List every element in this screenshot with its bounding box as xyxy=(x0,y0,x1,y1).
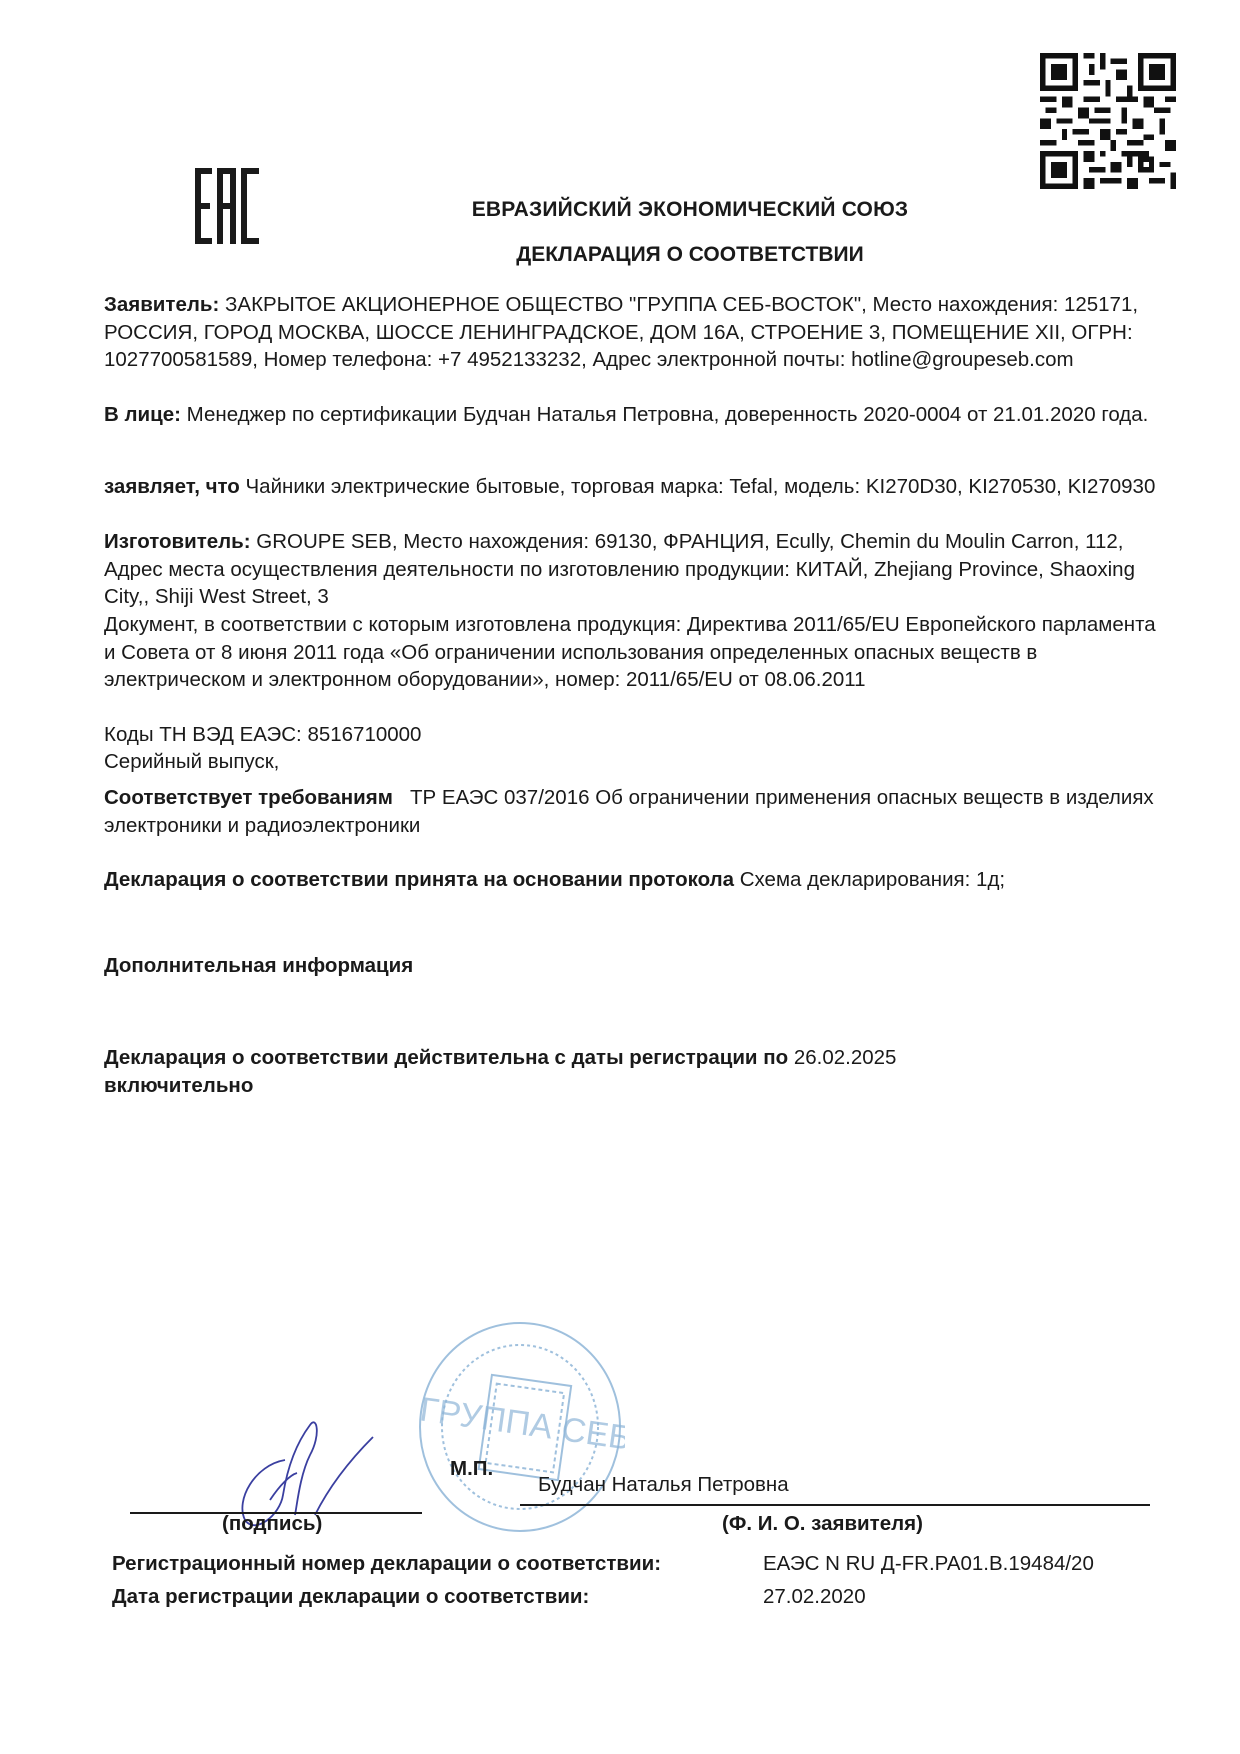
registration-number-label: Регистрационный номер декларации о соотв… xyxy=(112,1552,661,1576)
manufacturer-section: Изготовитель: GROUPE SEB, Место нахожден… xyxy=(104,528,1164,611)
qr-code-icon xyxy=(1040,52,1176,190)
document-basis: Документ, в соответствии с которым изгот… xyxy=(104,611,1164,694)
applicant-section: Заявитель: ЗАКРЫТОЕ АКЦИОНЕРНОЕ ОБЩЕСТВО… xyxy=(104,291,1164,374)
name-line xyxy=(520,1504,1150,1506)
protocol-label: Декларация о соответствии принята на осн… xyxy=(104,868,734,891)
conformity-section: Соответствует требованиям ТР ЕАЭС 037/20… xyxy=(104,784,1164,839)
conformity-label: Соответствует требованиям xyxy=(104,786,393,809)
protocol-text: Схема декларирования: 1д; xyxy=(740,868,1005,891)
document-title: ДЕКЛАРАЦИЯ О СООТВЕТСТВИИ xyxy=(0,243,1240,267)
applicant-full-name: Будчан Наталья Петровна xyxy=(538,1473,789,1497)
declares-label: заявляет, что xyxy=(104,475,240,498)
manufacturer-label: Изготовитель: xyxy=(104,530,251,553)
represented-by-text: Менеджер по сертификации Будчан Наталья … xyxy=(187,403,1149,426)
validity-date: 26.02.2025 xyxy=(794,1046,897,1069)
release-type: Серийный выпуск, xyxy=(104,748,1164,776)
validity-suffix: включительно xyxy=(104,1074,253,1097)
validity-label: Декларация о соответствии действительна … xyxy=(104,1046,788,1069)
additional-info-label: Дополнительная информация xyxy=(104,952,1164,980)
applicant-label: Заявитель: xyxy=(104,293,219,316)
validity-section: Декларация о соответствии действительна … xyxy=(104,1044,1164,1099)
seal-mark: М.П. xyxy=(450,1457,493,1481)
company-stamp-icon: ГРУППА СЕБ xyxy=(415,1320,625,1535)
union-title: ЕВРАЗИЙСКИЙ ЭКОНОМИЧЕСКИЙ СОЮЗ xyxy=(0,198,1240,222)
name-caption: (Ф. И. О. заявителя) xyxy=(722,1512,923,1536)
registration-date-value: 27.02.2020 xyxy=(763,1585,866,1609)
registration-number-value: ЕАЭС N RU Д-FR.PA01.B.19484/20 xyxy=(763,1552,1094,1576)
represented-by-section: В лице: Менеджер по сертификации Будчан … xyxy=(104,401,1164,429)
tn-ved-codes: Коды ТН ВЭД ЕАЭС: 8516710000 xyxy=(104,721,1164,749)
declares-section: заявляет, что Чайники электрические быто… xyxy=(104,473,1164,501)
applicant-text: ЗАКРЫТОЕ АКЦИОНЕРНОЕ ОБЩЕСТВО "ГРУППА СЕ… xyxy=(104,293,1138,371)
registration-date-label: Дата регистрации декларации о соответств… xyxy=(112,1585,589,1609)
protocol-section: Декларация о соответствии принята на осн… xyxy=(104,866,1164,894)
signature-caption: (подпись) xyxy=(222,1512,322,1536)
represented-by-label: В лице: xyxy=(104,403,181,426)
manufacturer-text: GROUPE SEB, Место нахождения: 69130, ФРА… xyxy=(104,530,1135,608)
declares-text: Чайники электрические бытовые, торговая … xyxy=(246,475,1156,498)
